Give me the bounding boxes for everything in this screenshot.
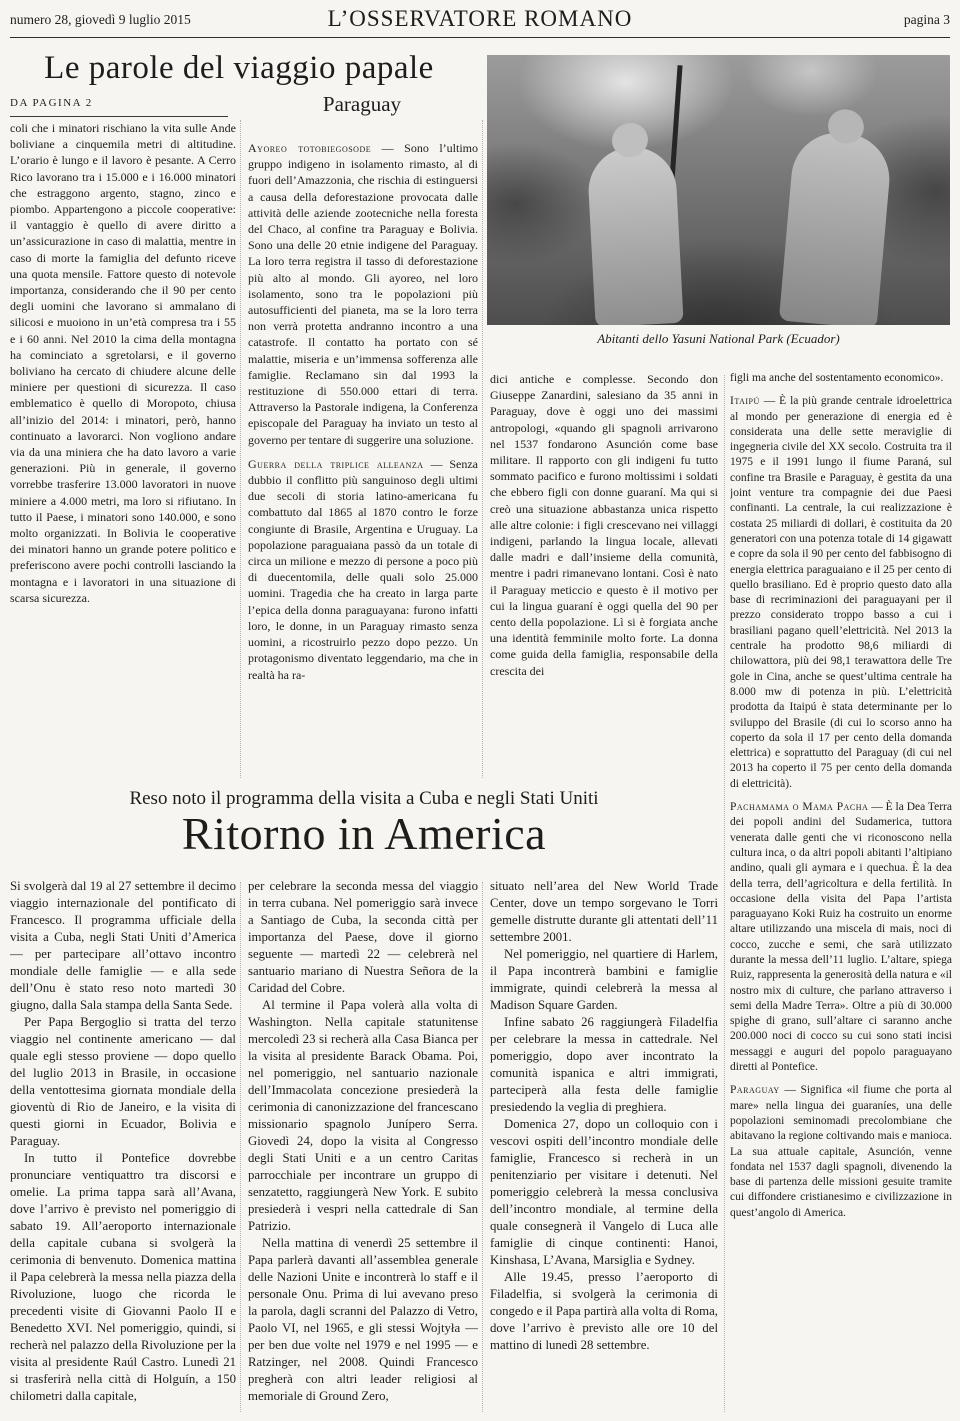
paragraph: Itaipú — È la più grande centrale idroel… [730,394,952,792]
paragraph: Alle 19.45, presso l’aeroporto di Filade… [490,1269,718,1354]
paragraph: Infine sabato 26 raggiungerà Filadelfia … [490,1014,718,1116]
paragraph: Nella mattina di venerdì 25 settembre il… [248,1235,478,1405]
paragraph: Nel pomeriggio, nel quartiere di Harlem,… [490,946,718,1014]
column-separator [482,120,483,778]
photo-caption: Abitanti dello Yasuni National Park (Ecu… [487,331,950,347]
newspaper-page: numero 28, giovedì 9 luglio 2015 L’OSSER… [0,0,960,1421]
paragraph: Pachamama o Mama Pacha — È la Dea Terra … [730,800,952,1075]
program-article-column-1: Si svolgerà dal 19 al 27 settembre il de… [10,878,236,1416]
paragraph: coli che i minatori rischiano la vita su… [10,120,236,606]
program-article-column-3: situato nell’area del New World Trade Ce… [490,878,718,1416]
column-separator [240,120,241,778]
lead-article-column-3: dici antiche e complesse. Secondo don Gi… [490,371,718,779]
paragraph: dici antiche e complesse. Secondo don Gi… [490,371,718,679]
paragraph-lead: Guerra della triplice alleanza [248,457,424,471]
photo-figure-right [779,129,893,325]
continuation-marker: DA PAGINA 2 [10,97,228,117]
paragraph-lead: Ayoreo totobiegosode [248,141,371,155]
photo-yasuni [487,55,950,325]
program-article-column-2: per celebrare la seconda messa del viagg… [248,878,478,1416]
program-article-headline: Ritorno in America [10,808,718,860]
lead-article-title: Le parole del viaggio papale [10,50,468,87]
column-separator [240,882,241,1412]
column-separator [482,882,483,1412]
photo-figure-left [586,145,683,325]
paragraph: Per Papa Bergoglio si tratta del terzo v… [10,1014,236,1150]
paragraph: In tutto il Pontefice dovrebbe pronuncia… [10,1150,236,1405]
paragraph: Domenica 27, dopo un colloquio con i ves… [490,1116,718,1269]
paragraph: Si svolgerà dal 19 al 27 settembre il de… [10,878,236,1014]
photo-figure-right-head [823,104,869,149]
paragraph: figli ma anche del sostentamento economi… [730,371,952,386]
paragraph: Al termine il Papa volerà alla volta di … [248,997,478,1235]
paragraph-lead: Pachamama o Mama Pacha [730,801,868,813]
paragraph: Guerra della triplice alleanza — Senza d… [248,456,478,683]
section-heading: Paraguay [246,92,478,117]
paragraph: situato nell’area del New World Trade Ce… [490,878,718,946]
column-separator [724,375,725,1412]
lead-article-column-2: Ayoreo totobiegosode — Sono l’ultimo gru… [248,132,478,782]
paragraph: Ayoreo totobiegosode — Sono l’ultimo gru… [248,140,478,448]
header-rule [10,37,950,38]
program-article-kicker: Reso noto il programma della visita a Cu… [10,788,718,810]
lead-article-column-4: figli ma anche del sostentamento economi… [730,371,952,1416]
photo-figure-left-head [608,119,652,162]
paragraph: Paraguay — Significa «il fiume che porta… [730,1083,952,1221]
page-number: pagina 3 [904,12,950,28]
paragraph-lead: Paraguay [730,1084,780,1096]
paragraph: per celebrare la seconda messa del viagg… [248,878,478,997]
paragraph-lead: Itaipú [730,395,760,407]
masthead: L’OSSERVATORE ROMANO [0,6,960,32]
lead-article-column-1: coli che i minatori rischiano la vita su… [10,120,236,760]
